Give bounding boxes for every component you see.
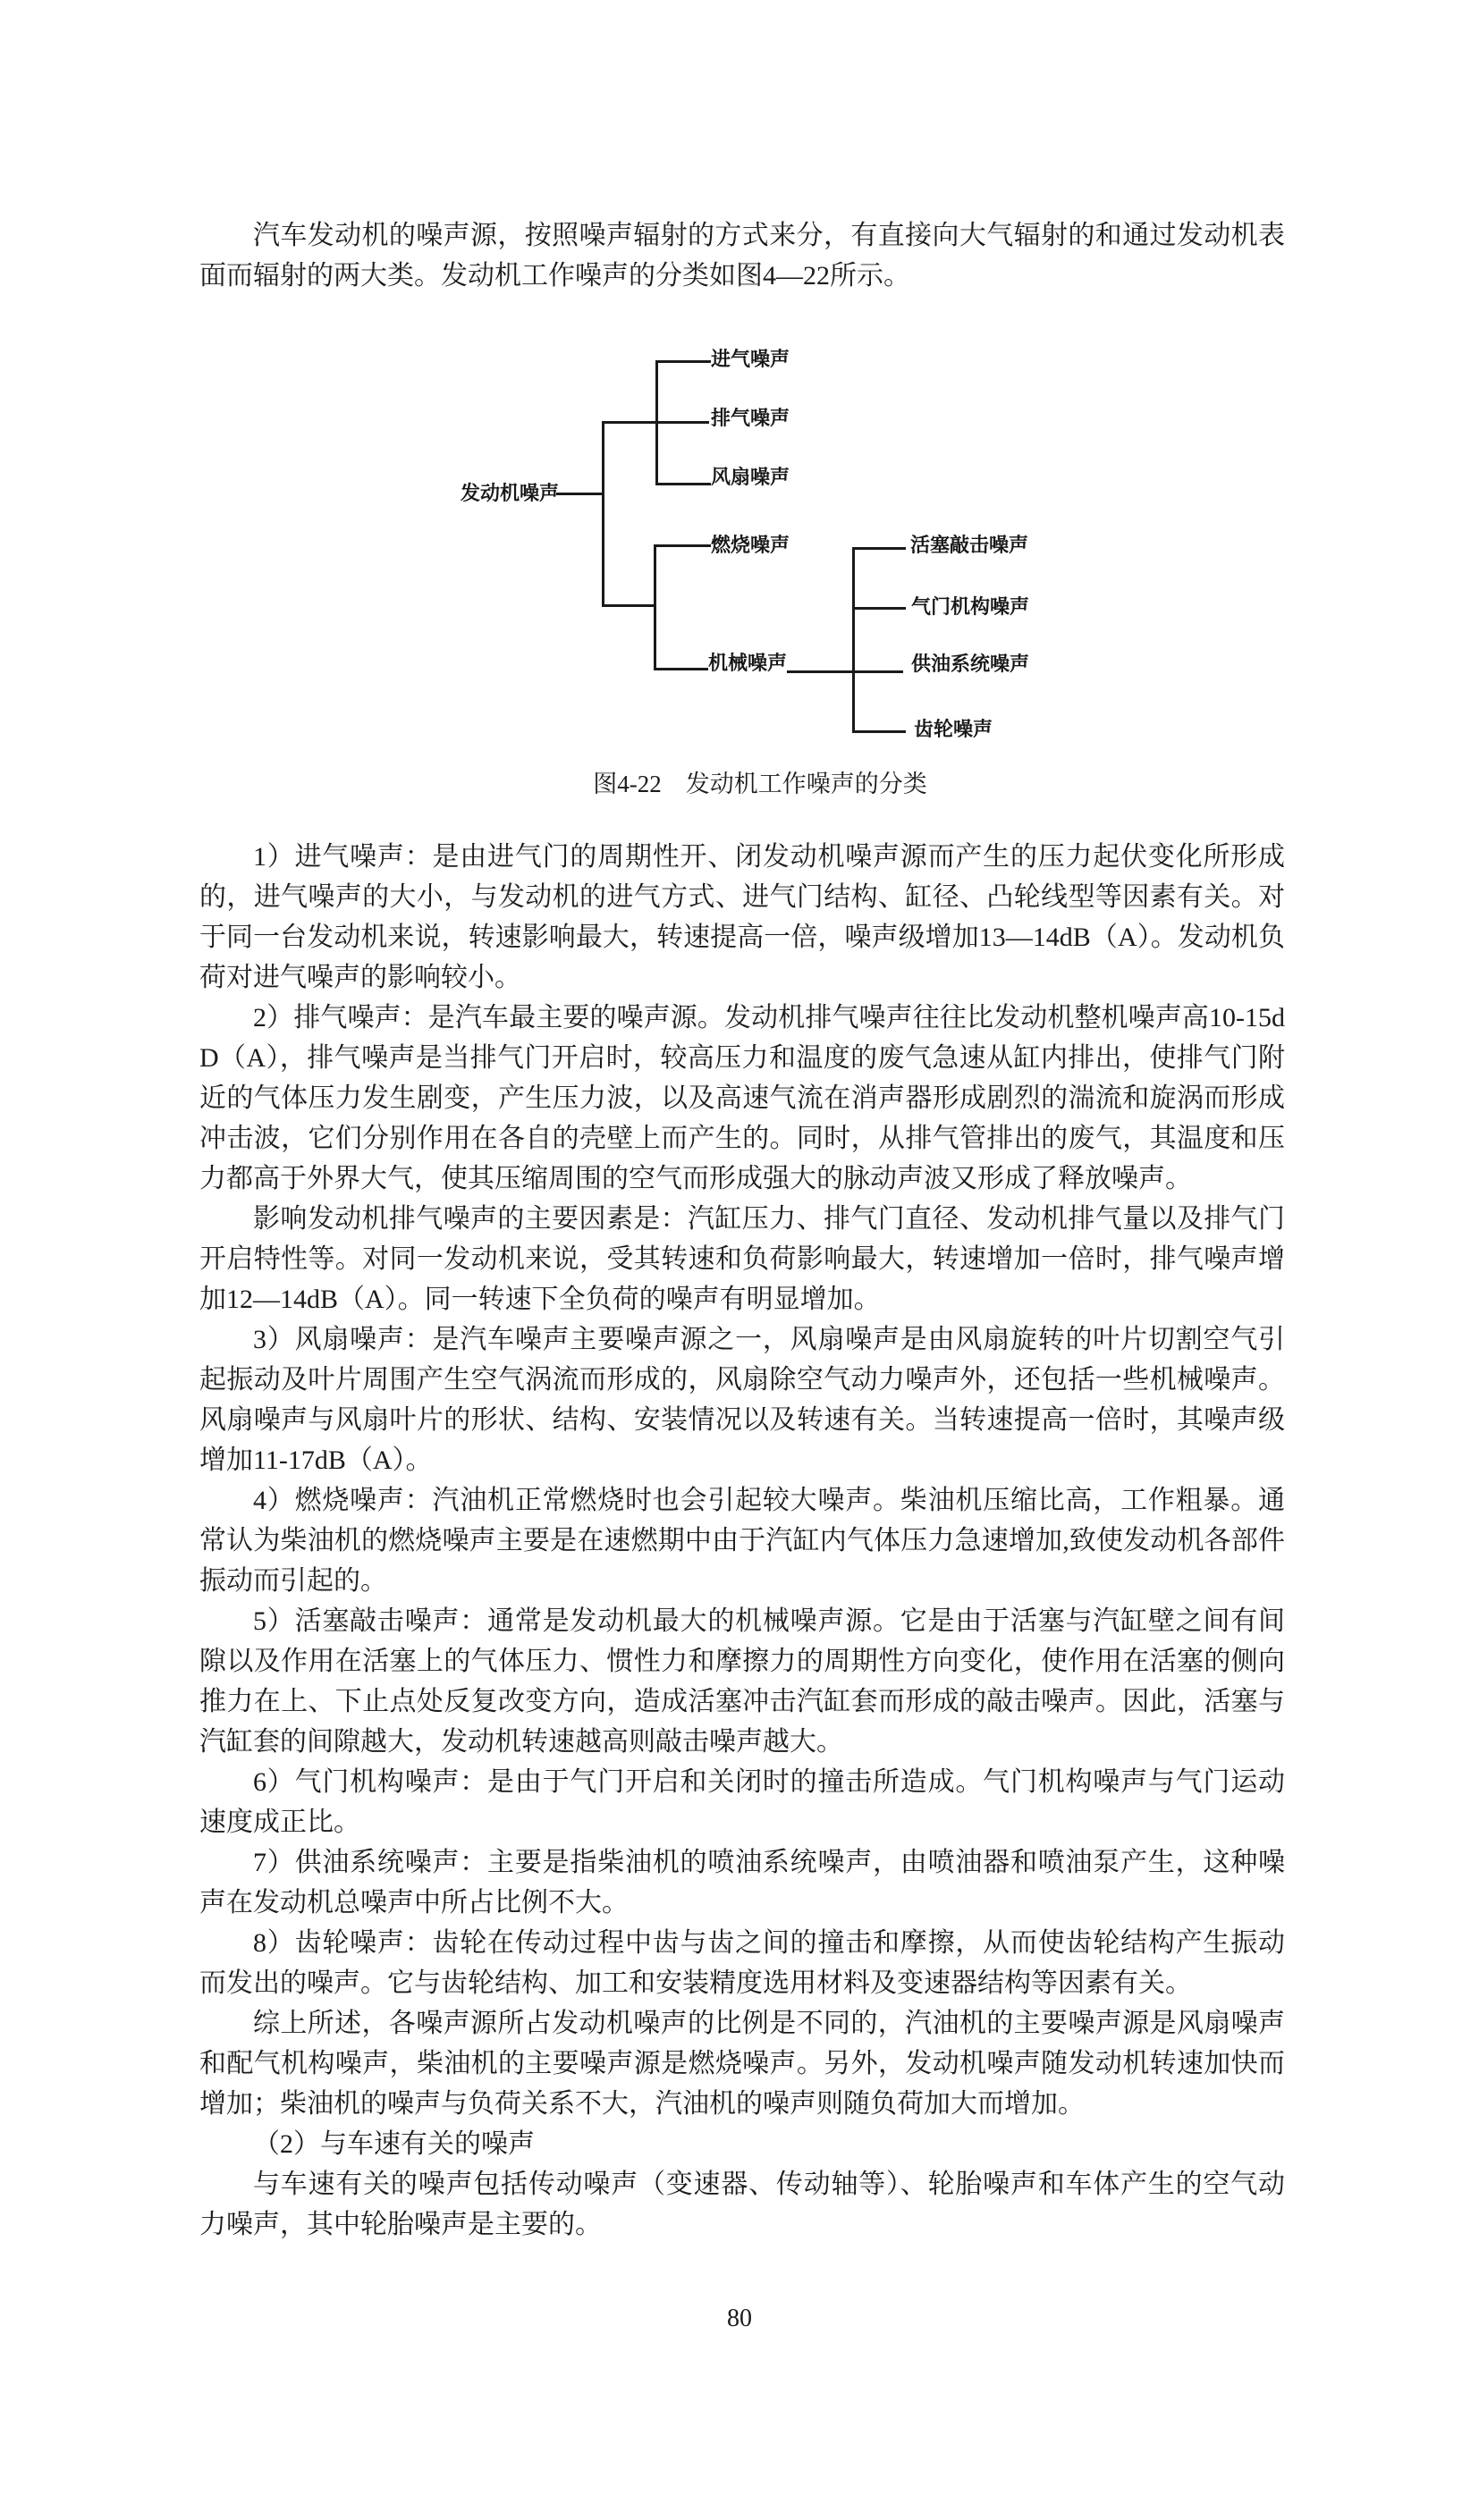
connector-line: [655, 483, 711, 485]
text-column: 汽车发动机的噪声源，按照噪声辐射的方式来分，有直接向大气辐射的和通过发动机表面而…: [0, 0, 1479, 2245]
connector-line: [655, 360, 711, 363]
branch-line: [852, 547, 855, 733]
node-mechanical-noise: 机械噪声: [708, 652, 787, 675]
node-engine-noise: 发动机噪声: [461, 482, 559, 505]
node-combustion-noise: 燃烧噪声: [711, 534, 790, 557]
connector-line: [787, 670, 903, 673]
node-intake-noise: 进气噪声: [711, 348, 790, 371]
node-valve-train-noise: 气门机构噪声: [911, 595, 1029, 619]
intro-paragraph: 汽车发动机的噪声源，按照噪声辐射的方式来分，有直接向大气辐射的和通过发动机表面而…: [199, 215, 1285, 296]
engine-noise-classification-diagram: 发动机噪声 进气噪声 排气噪声 风扇噪声 燃烧噪声 机械噪声: [199, 296, 1285, 837]
connector-line: [654, 544, 711, 547]
paragraph-intake: 1）进气噪声：是由进气门的周期性开、闭发动机噪声源而产生的压力起伏变化所形成的，…: [199, 837, 1285, 998]
figure-caption: 图4-22 发动机工作噪声的分类: [235, 769, 1285, 799]
trunk-line: [602, 421, 604, 607]
paragraph-speed-related: 与车速有关的噪声包括传动噪声（变速器、传动轴等）、轮胎噪声和车体产生的空气动力噪…: [199, 2164, 1285, 2245]
paragraph-exhaust-factors: 影响发动机排气噪声的主要因素是：汽缸压力、排气门直径、发动机排气量以及排气门开启…: [199, 1199, 1285, 1319]
connector-line: [654, 668, 708, 670]
page-number: 80: [0, 2305, 1479, 2333]
branch-line: [655, 360, 658, 485]
document-page: 汽车发动机的噪声源，按照噪声辐射的方式来分，有直接向大气辐射的和通过发动机表面而…: [0, 0, 1479, 2520]
connector-line: [852, 607, 906, 610]
branch-line: [654, 544, 656, 670]
paragraph-fan: 3）风扇噪声：是汽车噪声主要噪声源之一，风扇噪声是由风扇旋转的叶片切割空气引起振…: [199, 1319, 1285, 1480]
connector-line: [556, 493, 602, 495]
node-fuel-system-noise: 供油系统噪声: [911, 653, 1029, 676]
paragraph-gear: 8）齿轮噪声：齿轮在传动过程中齿与齿之间的撞击和摩擦，从而使齿轮结构产生振动而发…: [199, 1923, 1285, 2003]
paragraph-summary: 综上所述，各噪声源所占发动机噪声的比例是不同的，汽油机的主要噪声源是风扇噪声和配…: [199, 2003, 1285, 2124]
heading-speed-related-noise: （2）与车速有关的噪声: [199, 2124, 1285, 2164]
paragraph-combustion: 4）燃烧噪声：汽油机正常燃烧时也会引起较大噪声。柴油机压缩比高，工作粗暴。通常认…: [199, 1480, 1285, 1601]
node-exhaust-noise: 排气噪声: [711, 407, 790, 430]
connector-line: [852, 547, 906, 550]
connector-line: [852, 730, 906, 733]
paragraph-exhaust: 2）排气噪声：是汽车最主要的噪声源。发动机排气噪声往往比发动机整机噪声高10-1…: [199, 998, 1285, 1199]
paragraph-valve-train: 6）气门机构噪声：是由于气门开启和关闭时的撞击所造成。气门机构噪声与气门运动速度…: [199, 1762, 1285, 1842]
paragraph-fuel-system: 7）供油系统噪声：主要是指柴油机的喷油系统噪声，由喷油器和喷油泵产生，这种噪声在…: [199, 1842, 1285, 1923]
paragraph-piston-slap: 5）活塞敲击噪声：通常是发动机最大的机械噪声源。它是由于活塞与汽缸壁之间有间隙以…: [199, 1601, 1285, 1762]
node-fan-noise: 风扇噪声: [711, 466, 790, 489]
node-gear-noise: 齿轮噪声: [914, 718, 993, 741]
node-piston-slap-noise: 活塞敲击噪声: [910, 534, 1028, 557]
connector-line: [602, 604, 655, 607]
